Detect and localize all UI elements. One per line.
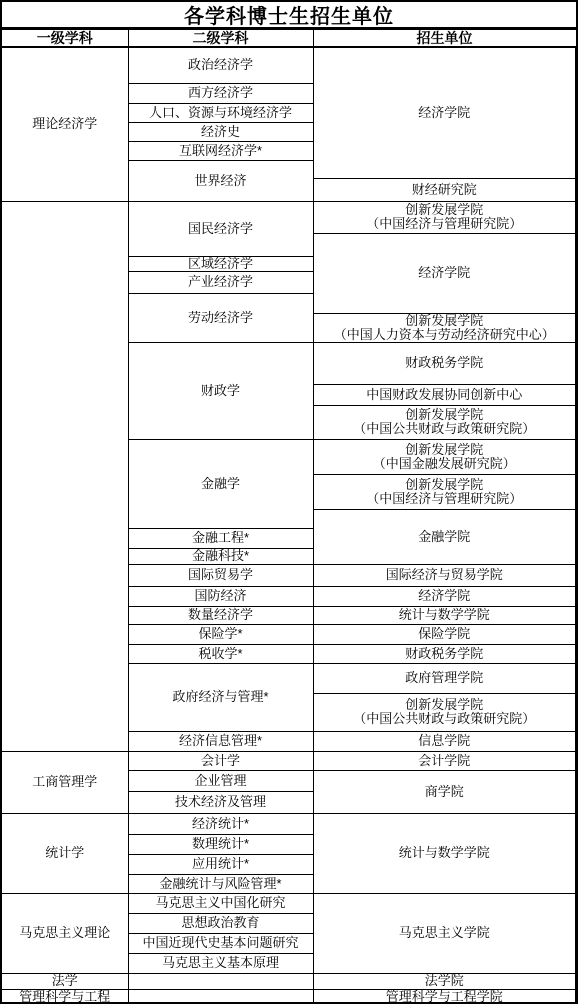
second-level-discipline-cell: 税收学* bbox=[128, 644, 313, 663]
admission-unit-cell: 金融学院 bbox=[313, 509, 576, 564]
second-level-discipline-cell: 思想政治教育 bbox=[128, 913, 313, 933]
admission-unit-cell: 中国财政发展协同创新中心 bbox=[313, 384, 576, 405]
first-level-discipline-cell: 马克思主义理论 bbox=[2, 893, 128, 973]
admission-unit-cell: 财经研究院 bbox=[313, 178, 576, 201]
empty-cell bbox=[128, 989, 313, 1004]
table-body: 理论经济学政治经济学经济学院西方经济学人口、资源与环境经济学经济史互联网经济学*… bbox=[2, 47, 576, 1004]
second-level-discipline-cell: 政治经济学 bbox=[128, 47, 313, 83]
header-row: 一级学科 二级学科 招生单位 bbox=[2, 30, 576, 48]
first-level-discipline-cell: 管理科学与工程 bbox=[2, 989, 128, 1004]
admission-unit-cell: 商学院 bbox=[313, 770, 576, 813]
second-level-discipline-cell: 金融统计与风险管理* bbox=[128, 874, 313, 893]
table-row: 管理科学与工程管理科学与工程学院 bbox=[2, 989, 576, 1004]
table-row: 马克思主义理论马克思主义中国化研究马克思主义学院 bbox=[2, 893, 576, 913]
first-level-discipline-cell: 法学 bbox=[2, 973, 128, 989]
admission-unit-cell: 法学院 bbox=[313, 973, 576, 989]
second-level-discipline-cell: 人口、资源与环境经济学 bbox=[128, 103, 313, 122]
admission-unit-cell: 经济学院 bbox=[313, 233, 576, 313]
first-level-discipline-cell: 工商管理学 bbox=[2, 751, 128, 813]
admission-unit-cell: 财政税务学院 bbox=[313, 342, 576, 384]
second-level-discipline-cell: 国民经济学 bbox=[128, 201, 313, 256]
table-row: 国民经济学创新发展学院 （中国经济与管理研究院） bbox=[2, 201, 576, 233]
empty-cell bbox=[128, 973, 313, 989]
second-level-discipline-cell: 互联网经济学* bbox=[128, 141, 313, 160]
admission-unit-cell: 马克思主义学院 bbox=[313, 893, 576, 973]
table-row: 工商管理学会计学会计学院 bbox=[2, 751, 576, 770]
second-level-discipline-cell: 国防经济 bbox=[128, 586, 313, 606]
second-level-discipline-cell: 经济史 bbox=[128, 122, 313, 141]
column-header-admission-unit: 招生单位 bbox=[313, 30, 576, 48]
column-header-second-level-discipline: 二级学科 bbox=[128, 30, 313, 48]
second-level-discipline-cell: 经济信息管理* bbox=[128, 731, 313, 751]
second-level-discipline-cell: 西方经济学 bbox=[128, 83, 313, 103]
second-level-discipline-cell: 区域经济学 bbox=[128, 256, 313, 271]
table-row: 理论经济学政治经济学经济学院 bbox=[2, 47, 576, 83]
admission-unit-cell: 创新发展学院 （中国经济与管理研究院） bbox=[313, 201, 576, 233]
second-level-discipline-cell: 中国近现代史基本问题研究 bbox=[128, 933, 313, 953]
second-level-discipline-cell: 保险学* bbox=[128, 624, 313, 644]
admission-unit-cell: 管理科学与工程学院 bbox=[313, 989, 576, 1004]
admission-unit-cell: 信息学院 bbox=[313, 731, 576, 751]
second-level-discipline-cell: 会计学 bbox=[128, 751, 313, 770]
second-level-discipline-cell: 金融工程* bbox=[128, 528, 313, 548]
admission-unit-cell: 统计与数学学院 bbox=[313, 813, 576, 893]
table-row: 法学法学院 bbox=[2, 973, 576, 989]
second-level-discipline-cell: 企业管理 bbox=[128, 770, 313, 791]
second-level-discipline-cell: 金融学 bbox=[128, 439, 313, 528]
column-header-first-level-discipline: 一级学科 bbox=[2, 30, 128, 48]
second-level-discipline-cell: 劳动经济学 bbox=[128, 293, 313, 342]
first-level-discipline-cell: 统计学 bbox=[2, 813, 128, 893]
second-level-discipline-cell: 金融科技* bbox=[128, 548, 313, 564]
first-level-discipline-cell: 理论经济学 bbox=[2, 47, 128, 201]
admission-unit-cell: 创新发展学院 （中国经济与管理研究院） bbox=[313, 474, 576, 509]
second-level-discipline-cell: 经济统计* bbox=[128, 813, 313, 834]
admission-unit-cell: 国际经济与贸易学院 bbox=[313, 564, 576, 586]
table-row: 统计学经济统计*统计与数学学院 bbox=[2, 813, 576, 834]
admission-unit-cell: 创新发展学院 （中国公共财政与政策研究院） bbox=[313, 693, 576, 731]
admission-unit-cell: 财政税务学院 bbox=[313, 644, 576, 663]
table-header: 一级学科 二级学科 招生单位 bbox=[2, 30, 576, 48]
second-level-discipline-cell: 数理统计* bbox=[128, 834, 313, 854]
admission-unit-cell: 创新发展学院 （中国金融发展研究院） bbox=[313, 439, 576, 474]
admission-unit-cell: 创新发展学院 （中国公共财政与政策研究院） bbox=[313, 405, 576, 439]
second-level-discipline-cell: 马克思主义基本原理 bbox=[128, 953, 313, 973]
admissions-table-frame: 各学科博士生招生单位 一级学科 二级学科 招生单位 理论经济学政治经济学经济学院… bbox=[0, 0, 578, 1004]
admission-unit-cell: 统计与数学学院 bbox=[313, 606, 576, 624]
second-level-discipline-cell: 财政学 bbox=[128, 342, 313, 439]
admissions-table: 一级学科 二级学科 招生单位 理论经济学政治经济学经济学院西方经济学人口、资源与… bbox=[2, 29, 576, 1004]
second-level-discipline-cell: 国际贸易学 bbox=[128, 564, 313, 586]
second-level-discipline-cell: 马克思主义中国化研究 bbox=[128, 893, 313, 913]
empty-cell bbox=[2, 201, 128, 751]
admission-unit-cell: 经济学院 bbox=[313, 47, 576, 178]
admission-unit-cell: 保险学院 bbox=[313, 624, 576, 644]
second-level-discipline-cell: 政府经济与管理* bbox=[128, 663, 313, 731]
second-level-discipline-cell: 技术经济及管理 bbox=[128, 791, 313, 813]
second-level-discipline-cell: 世界经济 bbox=[128, 160, 313, 201]
table-title: 各学科博士生招生单位 bbox=[2, 2, 576, 29]
second-level-discipline-cell: 应用统计* bbox=[128, 854, 313, 874]
admission-unit-cell: 经济学院 bbox=[313, 586, 576, 606]
admission-unit-cell: 创新发展学院 （中国人力资本与劳动经济研究中心） bbox=[313, 313, 576, 342]
admission-unit-cell: 政府管理学院 bbox=[313, 663, 576, 693]
second-level-discipline-cell: 数量经济学 bbox=[128, 606, 313, 624]
admission-unit-cell: 会计学院 bbox=[313, 751, 576, 770]
second-level-discipline-cell: 产业经济学 bbox=[128, 271, 313, 293]
